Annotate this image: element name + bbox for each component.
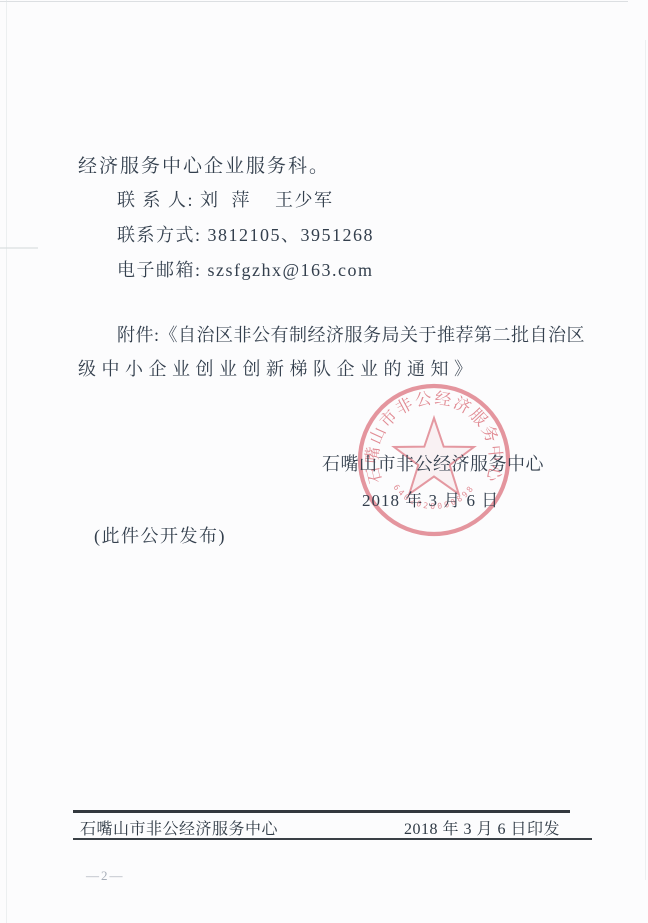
contact-person-line: 联 系 人: 刘 萍 王少军 <box>117 186 334 212</box>
scan-edge-left <box>6 0 7 923</box>
page-number: —2— <box>86 868 125 884</box>
email-line: 电子邮箱: szsfgzhx@163.com <box>117 256 374 282</box>
footer-rule-top <box>73 810 570 813</box>
scan-edge-top <box>0 1 628 2</box>
public-release-note: (此件公开发布) <box>94 522 226 548</box>
document-page: 经济服务中心企业服务科。 联 系 人: 刘 萍 王少军 联系方式: 381210… <box>0 0 648 923</box>
signature-org-name: 石嘴山市非公经济服务中心 <box>322 450 544 476</box>
body-intro-line: 经济服务中心企业服务科。 <box>78 151 330 178</box>
scan-smudge <box>0 247 38 249</box>
footer-rule-bottom <box>73 838 592 840</box>
contact-method-line: 联系方式: 3812105、3951268 <box>117 221 374 247</box>
scan-edge-right <box>645 40 646 880</box>
footer-print-date: 2018 年 3 月 6 日印发 <box>404 816 560 839</box>
footer-issuer: 石嘴山市非公经济服务中心 <box>80 816 278 839</box>
attachment-line-1: 附件:《自治区非公有制经济服务局关于推荐第二批自治区 <box>117 321 585 347</box>
signature-date: 2018 年 3 月 6 日 <box>362 486 499 511</box>
